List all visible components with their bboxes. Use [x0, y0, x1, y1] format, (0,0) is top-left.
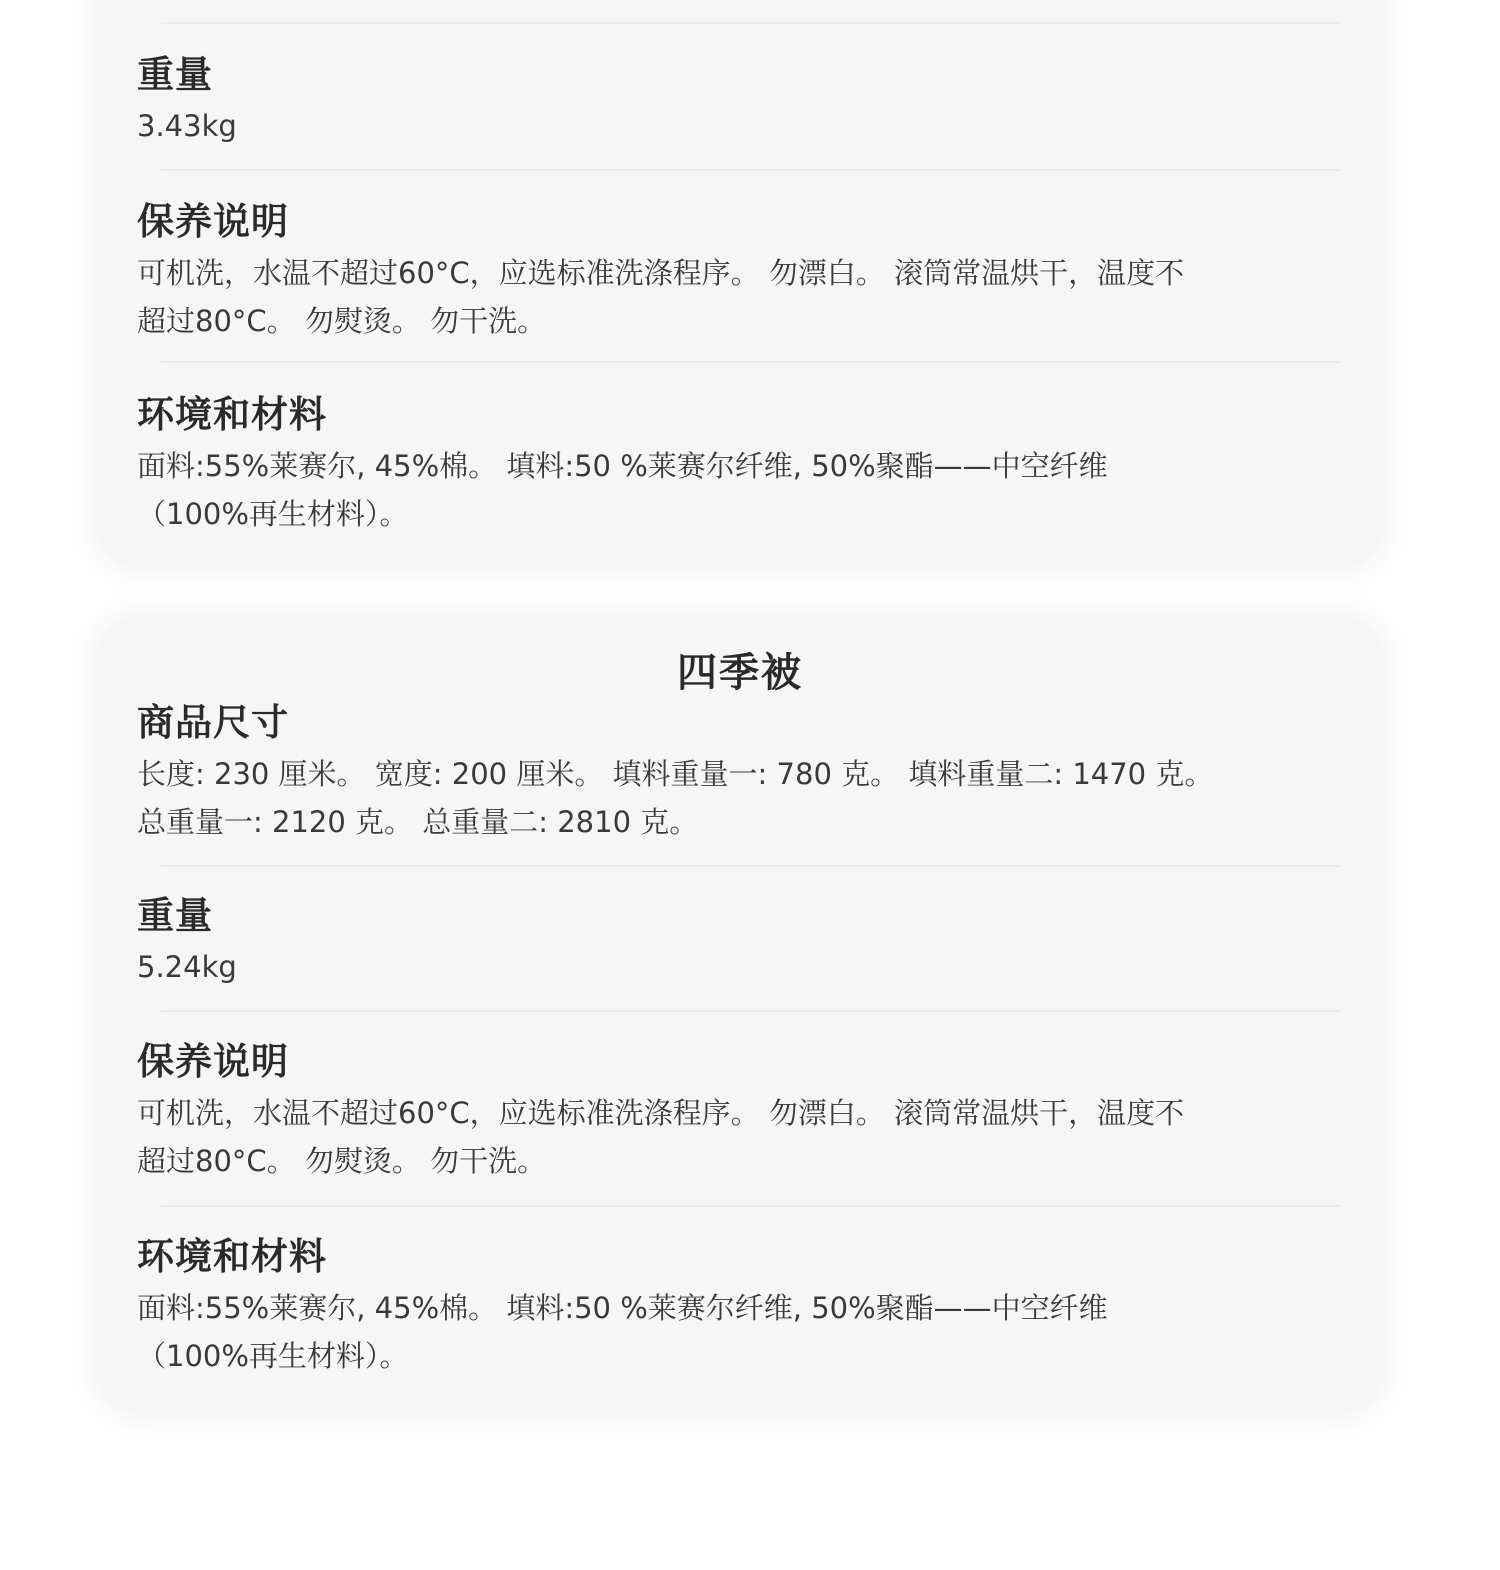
section-body: 面料:55%莱赛尔, 45%棉。 填料:50 %莱赛尔纤维, 50%聚酯——中空…	[137, 1284, 1345, 1380]
divider	[160, 1010, 1340, 1012]
spec-section-care: 保养说明 可机洗，水温不超过60°C，应选标准洗涤程序。 勿漂白。 滚筒常温烘干…	[137, 1037, 1345, 1185]
section-heading: 重量	[137, 891, 1345, 941]
divider	[160, 169, 1340, 171]
section-body: 5.24kg	[137, 943, 1345, 991]
divider	[160, 865, 1340, 867]
section-body: 3.43kg	[137, 102, 1345, 150]
spec-section-materials: 环境和材料 面料:55%莱赛尔, 45%棉。 填料:50 %莱赛尔纤维, 50%…	[137, 1232, 1345, 1380]
section-heading: 保养说明	[137, 1037, 1345, 1087]
card-title: 四季被	[95, 645, 1385, 701]
spec-section-weight: 重量 5.24kg	[137, 891, 1345, 991]
spec-section-materials: 环境和材料 面料:55%莱赛尔, 45%棉。 填料:50 %莱赛尔纤维, 50%…	[137, 390, 1345, 538]
section-body: 长度: 230 厘米。 宽度: 200 厘米。 填料重量一: 780 克。 填料…	[137, 750, 1345, 846]
section-heading: 保养说明	[137, 197, 1345, 247]
section-heading: 重量	[137, 50, 1345, 100]
section-body: 可机洗，水温不超过60°C，应选标准洗涤程序。 勿漂白。 滚筒常温烘干，温度不 …	[137, 1089, 1345, 1185]
section-heading: 环境和材料	[137, 1232, 1345, 1282]
divider	[160, 22, 1340, 24]
section-body: 面料:55%莱赛尔, 45%棉。 填料:50 %莱赛尔纤维, 50%聚酯——中空…	[137, 442, 1345, 538]
spec-section-weight: 重量 3.43kg	[137, 50, 1345, 150]
product-spec-card-1: 重量 3.43kg 保养说明 可机洗，水温不超过60°C，应选标准洗涤程序。 勿…	[95, 0, 1385, 570]
section-heading: 环境和材料	[137, 390, 1345, 440]
section-body: 可机洗，水温不超过60°C，应选标准洗涤程序。 勿漂白。 滚筒常温烘干，温度不 …	[137, 249, 1345, 345]
section-heading: 商品尺寸	[137, 698, 1345, 748]
divider	[160, 1205, 1340, 1207]
product-spec-card-2: 四季被 商品尺寸 长度: 230 厘米。 宽度: 200 厘米。 填料重量一: …	[95, 615, 1385, 1415]
spec-section-dimensions: 商品尺寸 长度: 230 厘米。 宽度: 200 厘米。 填料重量一: 780 …	[137, 698, 1345, 846]
spec-section-care: 保养说明 可机洗，水温不超过60°C，应选标准洗涤程序。 勿漂白。 滚筒常温烘干…	[137, 197, 1345, 345]
divider	[160, 361, 1340, 363]
